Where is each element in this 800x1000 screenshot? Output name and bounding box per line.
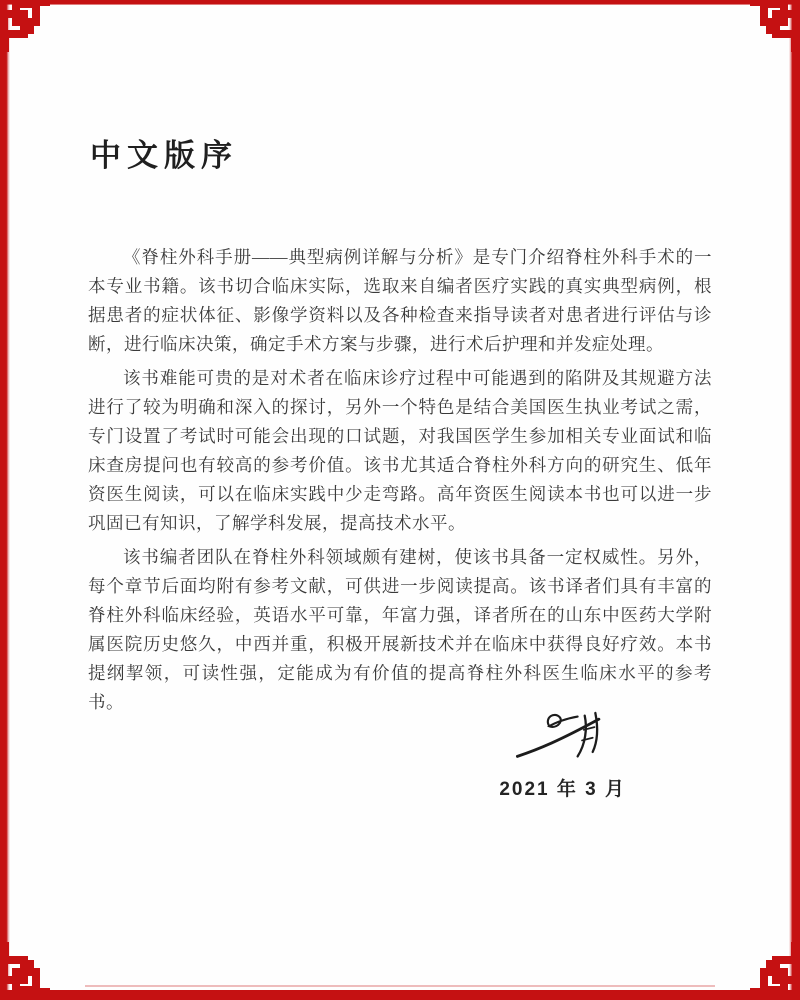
signature-date: 2021 年 3 月: [88, 774, 626, 801]
preface-body: 《脊柱外科手册——典型病例详解与分析》是专门介绍脊柱外科手术的一本专业书籍。该书…: [88, 243, 712, 717]
frame-right-border: [789, 0, 800, 1000]
corner-knot-ornament-icon: [0, 942, 50, 994]
preface-paragraph-2: 该书难能可贵的是对术者在临床诊疗过程中可能遇到的陷阱及其规避方法进行了较为明确和…: [88, 364, 712, 538]
signature-block: 2021 年 3 月: [88, 705, 712, 801]
corner-knot-ornament-icon: [750, 942, 800, 994]
frame-left-border: [0, 0, 10, 1000]
handwritten-signature-icon: [512, 705, 622, 767]
page-title: 中文版序: [90, 130, 712, 175]
frame-bottom-inner-line: [85, 985, 715, 987]
frame-bottom-border: [0, 990, 800, 1000]
corner-knot-ornament-icon: [0, 0, 50, 52]
preface-paragraph-3: 该书编者团队在脊柱外科领域颇有建树，使该书具备一定权威性。另外，每个章节后面均附…: [88, 543, 712, 717]
corner-knot-ornament-icon: [750, 0, 800, 52]
page-content: 中文版序 《脊柱外科手册——典型病例详解与分析》是专门介绍脊柱外科手术的一本专业…: [88, 0, 712, 722]
preface-paragraph-1: 《脊柱外科手册——典型病例详解与分析》是专门介绍脊柱外科手术的一本专业书籍。该书…: [88, 243, 712, 359]
book-preface-page: 中文版序 《脊柱外科手册——典型病例详解与分析》是专门介绍脊柱外科手术的一本专业…: [0, 0, 800, 1000]
